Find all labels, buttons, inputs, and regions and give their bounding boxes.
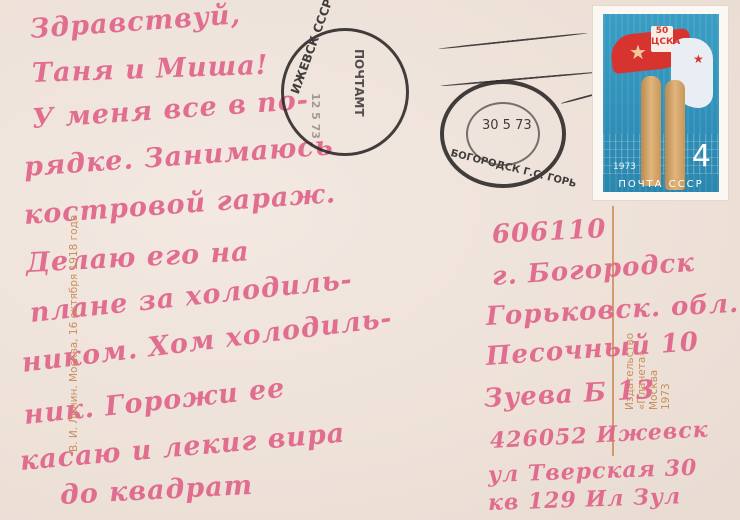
stamp-badge: 50 ЦСКА: [651, 26, 673, 52]
postmark-destination: 30 5 73 БОГОРОДСК Г.С. ГОРЬ: [440, 80, 566, 188]
postmark-date: 12 5 73: [309, 93, 322, 139]
postmark-origin: ИЖЕВСК СССР ПОЧТАМТ 12 5 73: [281, 28, 409, 156]
athlete-statue-male: [641, 76, 661, 186]
postmark-ring-text: ИЖЕВСК СССР: [288, 0, 335, 96]
cancel-line: [438, 32, 587, 50]
stamp-denomination: 4: [692, 142, 711, 172]
sender-line: кв 129 Ил Зул: [488, 483, 682, 516]
message-line: рядке. Занимаюсь: [23, 130, 335, 183]
message-line: Делаю его на: [25, 236, 250, 279]
address-city: г. Богородск: [491, 248, 696, 292]
star-icon: ★: [629, 40, 647, 64]
postmark-side-text: ПОЧТАМТ: [352, 49, 366, 117]
star-icon: ★: [693, 52, 704, 66]
message-line: ник. Горожи ее: [22, 373, 286, 431]
postage-stamp: ★ ★ 50 ЦСКА 1973 4 ПОЧТА СССР: [593, 6, 728, 200]
publisher-line: 1973: [660, 383, 672, 410]
address-divider: [612, 206, 614, 456]
message-line: Таня и Миша!: [31, 50, 269, 89]
message-line: Здравствуй,: [29, 0, 242, 45]
message-line: до квадрат: [59, 470, 254, 511]
message-line: У меня все в по-: [31, 85, 310, 135]
athlete-statue-female: [665, 80, 685, 190]
address-street: Песочный 10: [485, 327, 700, 372]
postcard-back: Здравствуй, Таня и Миша! У меня все в по…: [0, 0, 740, 520]
stamp-artwork: ★ ★ 50 ЦСКА 1973 4 ПОЧТА СССР: [603, 14, 719, 192]
postmark-date: 30 5 73: [482, 118, 532, 133]
printed-caption: В. И. Ленин. Москва, 16 октября 1918 год…: [68, 215, 80, 452]
address-postal-code: 606110: [491, 214, 607, 250]
sender-line: 426052 Ижевск: [489, 417, 709, 454]
stamp-year: 1973: [613, 162, 636, 172]
stamp-caption: ПОЧТА СССР: [603, 179, 719, 190]
